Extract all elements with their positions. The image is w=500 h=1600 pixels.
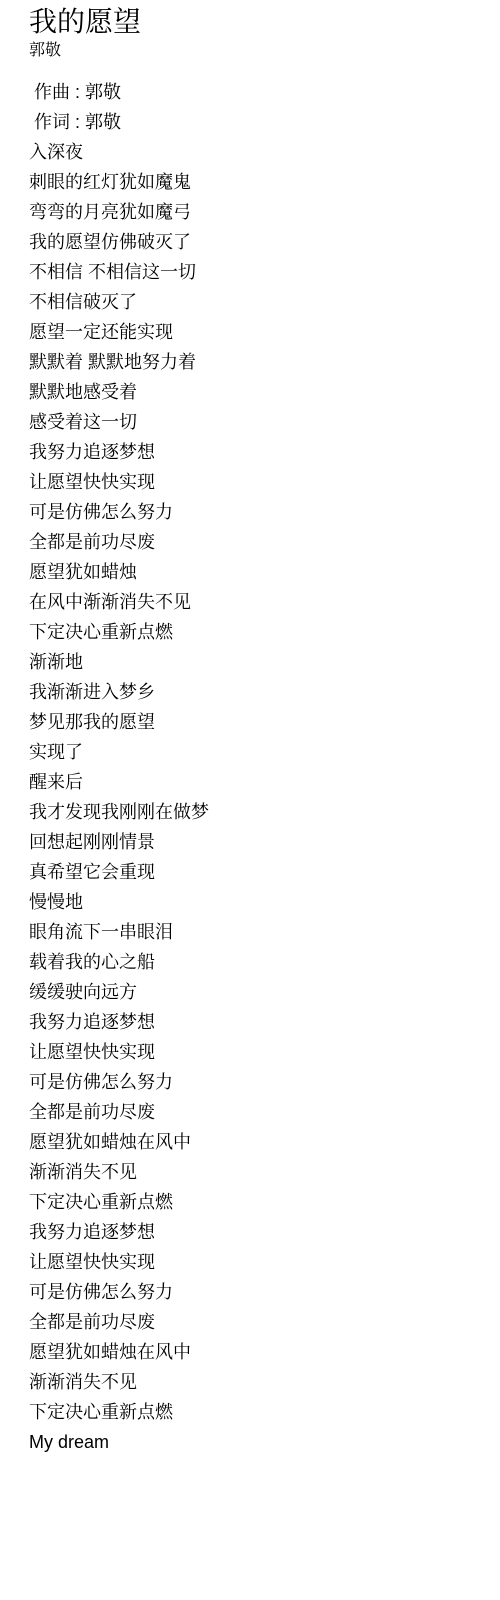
lyric-line: 我渐渐进入梦乡 — [29, 677, 480, 707]
lyric-line: 让愿望快快实现 — [29, 1247, 480, 1277]
lyric-line: 刺眼的红灯犹如魔鬼 — [29, 167, 480, 197]
lyric-line: My dream — [29, 1427, 480, 1457]
lyric-line: 可是仿佛怎么努力 — [29, 1277, 480, 1307]
lyric-line: 全都是前功尽废 — [29, 1097, 480, 1127]
lyric-line: 渐渐地 — [29, 647, 480, 677]
lyric-line: 我才发现我刚刚在做梦 — [29, 797, 480, 827]
lyric-line: 愿望犹如蜡烛在风中 — [29, 1127, 480, 1157]
lyric-line: 愿望一定还能实现 — [29, 317, 480, 347]
lyricist-credit: 作词 : 郭敬 — [29, 107, 480, 137]
page-title: 我的愿望 — [29, 5, 480, 39]
lyric-line: 入深夜 — [29, 137, 480, 167]
lyric-line: 不相信破灭了 — [29, 287, 480, 317]
lyric-line: 让愿望快快实现 — [29, 1037, 480, 1067]
lyric-line: 可是仿佛怎么努力 — [29, 497, 480, 527]
lyrics-page: 我的愿望 郭敬 作曲 : 郭敬 作词 : 郭敬 入深夜刺眼的红灯犹如魔鬼弯弯的月… — [0, 0, 500, 1457]
lyric-line: 让愿望快快实现 — [29, 467, 480, 497]
lyric-line: 感受着这一切 — [29, 407, 480, 437]
lyric-line: 弯弯的月亮犹如魔弓 — [29, 197, 480, 227]
lyric-line: 可是仿佛怎么努力 — [29, 1067, 480, 1097]
lyric-line: 下定决心重新点燃 — [29, 1187, 480, 1217]
lyric-line: 愿望犹如蜡烛 — [29, 557, 480, 587]
lyric-line: 默默地感受着 — [29, 377, 480, 407]
lyric-line: 渐渐消失不见 — [29, 1367, 480, 1397]
lyric-line: 在风中渐渐消失不见 — [29, 587, 480, 617]
lyric-line: 全都是前功尽废 — [29, 527, 480, 557]
lyric-line: 下定决心重新点燃 — [29, 1397, 480, 1427]
lyric-line: 回想起刚刚情景 — [29, 827, 480, 857]
lyric-line: 我努力追逐梦想 — [29, 1217, 480, 1247]
lyric-line: 默默着 默默地努力着 — [29, 347, 480, 377]
lyric-line: 眼角流下一串眼泪 — [29, 917, 480, 947]
artist-name: 郭敬 — [29, 39, 480, 63]
lyric-line: 愿望犹如蜡烛在风中 — [29, 1337, 480, 1367]
lyric-line: 我努力追逐梦想 — [29, 437, 480, 467]
lyric-line: 我努力追逐梦想 — [29, 1007, 480, 1037]
lyric-line: 渐渐消失不见 — [29, 1157, 480, 1187]
lyric-lines: 入深夜刺眼的红灯犹如魔鬼弯弯的月亮犹如魔弓我的愿望仿佛破灭了不相信 不相信这一切… — [29, 137, 480, 1457]
lyric-line: 载着我的心之船 — [29, 947, 480, 977]
composer-credit: 作曲 : 郭敬 — [29, 77, 480, 107]
lyric-line: 慢慢地 — [29, 887, 480, 917]
lyric-line: 不相信 不相信这一切 — [29, 257, 480, 287]
lyrics-block: 作曲 : 郭敬 作词 : 郭敬 入深夜刺眼的红灯犹如魔鬼弯弯的月亮犹如魔弓我的愿… — [29, 77, 480, 1457]
lyric-line: 真希望它会重现 — [29, 857, 480, 887]
lyric-line: 全都是前功尽废 — [29, 1307, 480, 1337]
lyric-line: 梦见那我的愿望 — [29, 707, 480, 737]
lyric-line: 缓缓驶向远方 — [29, 977, 480, 1007]
lyric-line: 下定决心重新点燃 — [29, 617, 480, 647]
lyric-line: 实现了 — [29, 737, 480, 767]
lyric-line: 我的愿望仿佛破灭了 — [29, 227, 480, 257]
lyric-line: 醒来后 — [29, 767, 480, 797]
